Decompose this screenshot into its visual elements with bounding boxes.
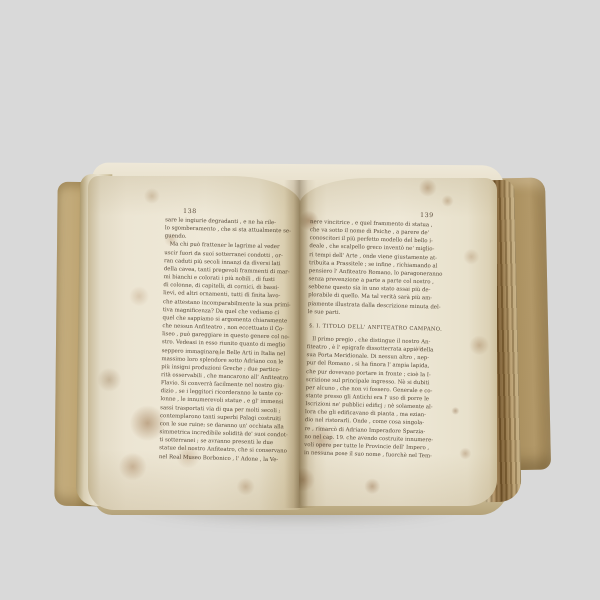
left-page-text: sare le ingiurie degradanti , e ne ha ri…	[159, 216, 301, 464]
right-page: 139 nere vincitrice , e quel frammento d…	[299, 178, 497, 506]
right-page-text: nere vincitrice , e quel frammento di st…	[304, 218, 454, 461]
left-page-number: 138	[183, 208, 197, 215]
section-heading: §. I. TITOLO DELL' ANFITEATRO CAMPANO.	[309, 323, 451, 333]
right-page-paragraph-1: nere vincitrice , e quel frammento di st…	[308, 218, 455, 320]
right-page-paragraph-2: Il primo pregio , che distingue il nostr…	[304, 335, 451, 461]
photo-background: 138 sare le ingiurie degradanti , e ne h…	[0, 0, 600, 600]
left-page: 138 sare le ingiurie degradanti , e ne h…	[88, 176, 301, 510]
right-page-number: 139	[420, 212, 434, 219]
